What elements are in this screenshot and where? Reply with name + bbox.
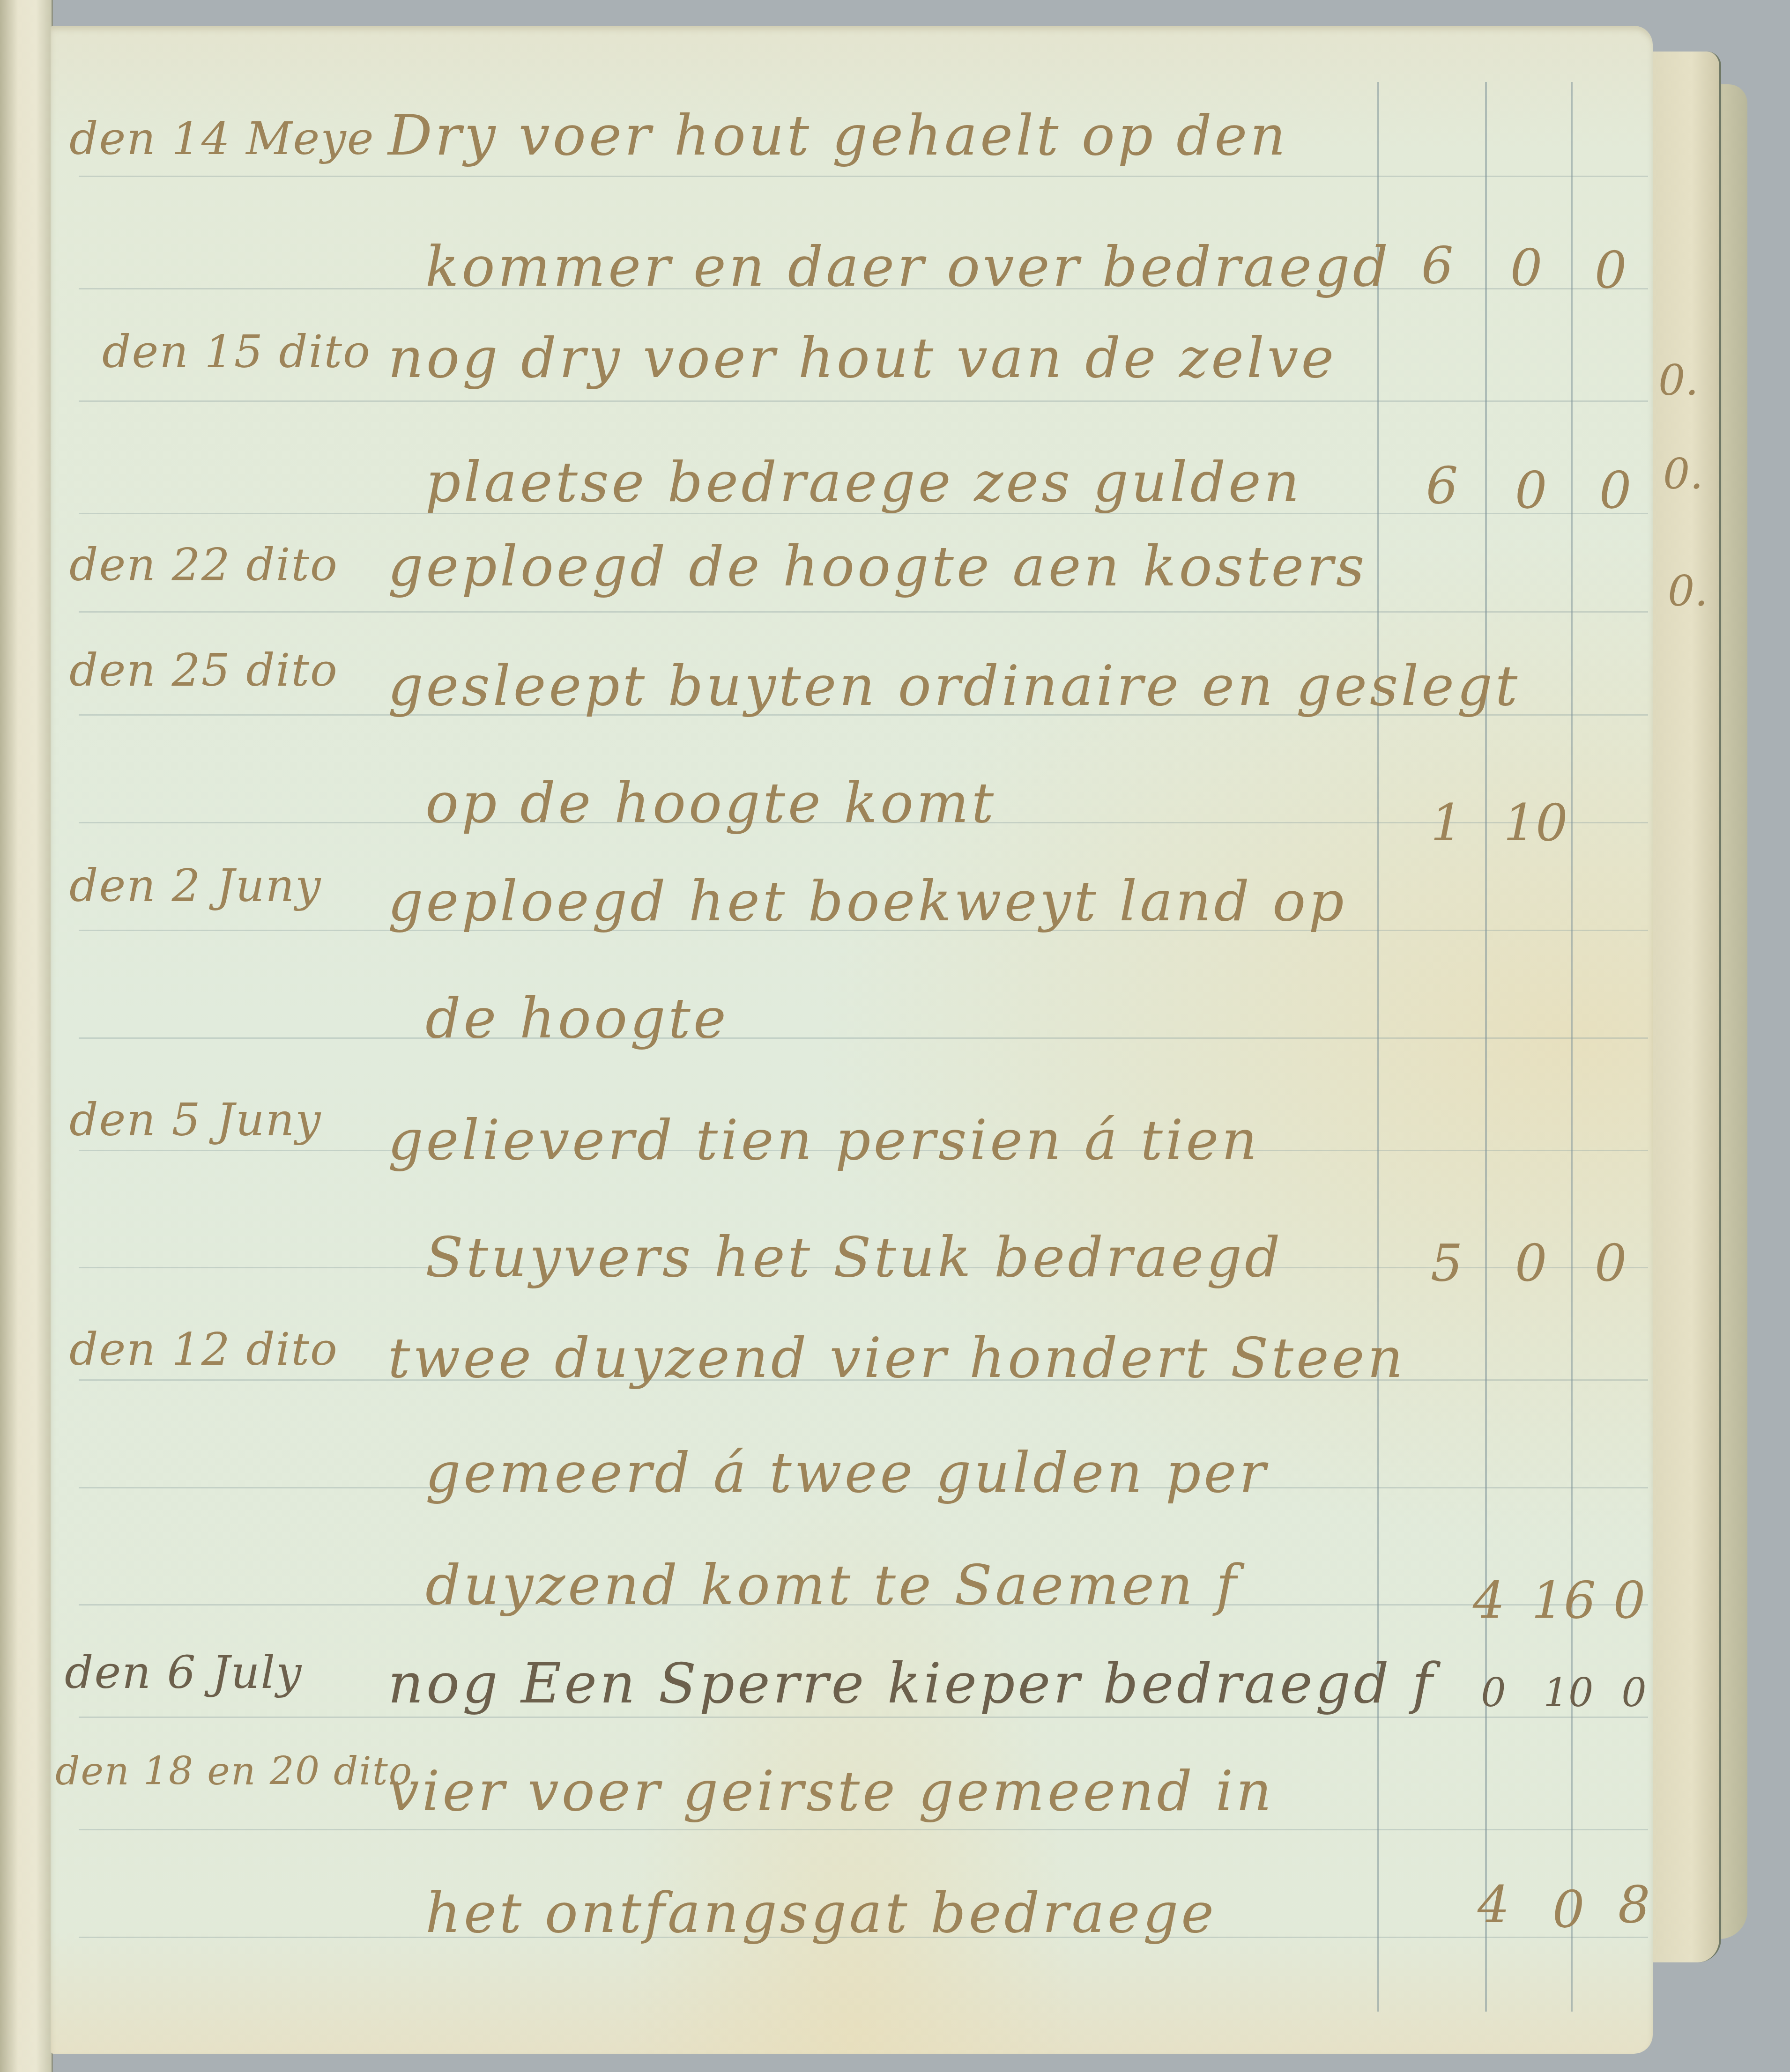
entry-text: de hoogte — [425, 986, 729, 1051]
amount-guilders: 4 — [1461, 1876, 1526, 1934]
entry-text: nog Een Sperre kieper bedraegd f — [388, 1651, 1435, 1716]
amount-penningen: 0 — [1582, 461, 1648, 520]
entry-text: nog dry voer hout van de zelve — [388, 326, 1337, 390]
entry-text: vier voer geirste gemeend in — [388, 1759, 1274, 1823]
entry-text: gesleept buyten ordinaire en geslegt — [388, 653, 1520, 718]
amount-guilders: 6 — [1409, 457, 1475, 515]
amount-guilders: 5 — [1414, 1234, 1479, 1293]
amount-penningen: 0 — [1578, 1234, 1643, 1293]
book-gutter — [0, 0, 53, 2072]
entry-text: op de hoogte komt — [425, 770, 996, 835]
amount-stuivers: 0 — [1498, 1234, 1564, 1293]
ruled-line — [79, 400, 1648, 402]
amount-penningen: 0 — [1601, 1670, 1667, 1716]
underlying-page-mark: 0. — [1663, 450, 1703, 499]
ruled-line — [79, 611, 1648, 613]
entry-text: geploegd het boekweyt land op — [388, 869, 1347, 933]
entry-date: den 6 July — [65, 1646, 302, 1699]
amount-stuivers: 10 — [1536, 1670, 1601, 1716]
column-rule-guilders — [1377, 82, 1379, 2012]
amount-guilders: 1 — [1414, 794, 1479, 852]
amount-penningen: 8 — [1601, 1876, 1667, 1934]
entry-text: gelieverd tien persien á tien — [388, 1108, 1260, 1172]
amount-guilders: 0 — [1461, 1670, 1526, 1716]
entry-text: het ontfangsgat bedraege — [425, 1880, 1217, 1945]
amount-penningen: 0 — [1578, 241, 1643, 300]
amount-stuivers: 0 — [1493, 239, 1559, 297]
ruled-line — [79, 1829, 1648, 1830]
entry-date: den 22 dito — [69, 539, 338, 591]
amount-stuivers: 16 — [1531, 1571, 1597, 1630]
entry-date: den 15 dito — [102, 326, 371, 378]
amount-guilders: 4 — [1456, 1571, 1522, 1630]
entry-text: plaetse bedraege zes gulden — [425, 450, 1302, 514]
amount-stuivers: 10 — [1503, 794, 1568, 852]
column-rule-stuivers — [1485, 82, 1487, 2012]
amount-stuivers: 0 — [1536, 1880, 1601, 1939]
ruled-line — [79, 1717, 1648, 1718]
underlying-page-mark: 0. — [1658, 356, 1699, 405]
entry-text: Dry voer hout gehaelt op den — [388, 103, 1288, 168]
entry-text: Stuyvers het Stuk bedraegd — [425, 1225, 1283, 1289]
entry-text: duyzend komt te Saemen f — [425, 1553, 1239, 1617]
amount-penningen: 0 — [1597, 1571, 1662, 1630]
entry-text: geploegd de hoogte aen kosters — [388, 534, 1367, 599]
amount-stuivers: 0 — [1498, 461, 1564, 520]
entry-date: den 5 Juny — [69, 1094, 322, 1146]
entry-text: gemeerd á twee gulden per — [425, 1440, 1269, 1505]
ruled-line — [79, 176, 1648, 177]
entry-text: twee duyzend vier hondert Steen — [388, 1325, 1406, 1390]
entry-date: den 12 dito — [69, 1323, 338, 1376]
entry-text: kommer en daer over bedraegd — [425, 234, 1391, 299]
ruled-line — [79, 1037, 1648, 1039]
underlying-page-mark: 0. — [1668, 567, 1708, 616]
column-rule-penningen — [1571, 82, 1573, 2012]
entry-date: den 18 en 20 dito — [55, 1749, 413, 1794]
ledger-page: den 14 Meye Dry voer hout gehaelt op den… — [51, 26, 1653, 2054]
entry-date: den 2 Juny — [69, 859, 322, 912]
amount-guilders: 6 — [1404, 237, 1470, 295]
entry-date: den 25 dito — [69, 644, 338, 696]
entry-date: den 14 Meye — [69, 112, 374, 165]
